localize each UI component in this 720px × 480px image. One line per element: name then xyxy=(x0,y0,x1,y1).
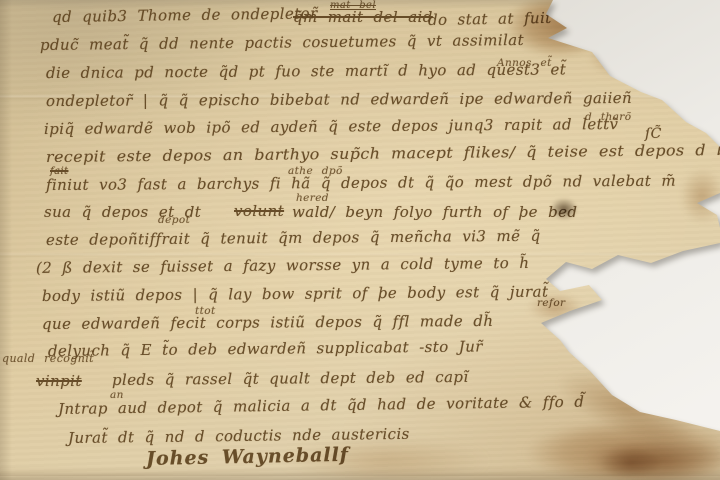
interlinear-note: ſC̃ xyxy=(645,126,662,142)
struck-word: vinpit xyxy=(36,372,82,390)
interlinear-note: d tharõ xyxy=(585,111,631,123)
margin-note: quald recognit̃ xyxy=(2,352,94,365)
manuscript-line: (2 ß dexit se fuisset a fazy worsse yn a… xyxy=(36,254,530,277)
manuscript-line: ipiq̃ edwardẽ wob ipõ ed aydeñ q̃ este d… xyxy=(44,115,619,138)
manuscript-line: finiut vo3 fast a barchys fi hã q̃ depos… xyxy=(46,172,676,194)
manuscript-line: Jurat̃ dt q̃ nd d coductis nde austerici… xyxy=(68,425,410,447)
manuscript-line: wald/ beyn folyo furth of þe bed xyxy=(292,203,577,221)
manuscript-line: recepit este depos an barthyo sup̃ch mac… xyxy=(46,141,720,166)
interlinear-note: athe dpõ xyxy=(288,165,343,177)
interlinear-note: hered xyxy=(296,192,329,204)
manuscript-line: delyuch q̃ E t̃o deb edwardeñ supplicaba… xyxy=(48,337,483,360)
paper-crease xyxy=(0,466,720,476)
manuscript-line: ondepletor̃ | q̃ q̃ epischo bibebat nd e… xyxy=(46,89,632,110)
manuscript-line: pleds q̃ rassel q̃t qualt dept deb ed ca… xyxy=(112,368,469,389)
signature: Johes Wayneballf xyxy=(146,444,349,470)
manuscript-line: do stat at fuit q̃ xyxy=(428,8,572,29)
manuscript-line: body istiũ depos | q̃ lay bow sprit of þ… xyxy=(42,283,548,305)
struck-word: fait xyxy=(50,166,68,177)
stain xyxy=(588,34,652,78)
manuscript-line: qd quib3 Thome de ondepletor̃ xyxy=(52,4,318,26)
manuscript-paper: qd quib3 Thome de ondepletor̃ do stat at… xyxy=(0,0,720,480)
paper-shadow: qd quib3 Thome de ondepletor̃ do stat at… xyxy=(0,0,720,480)
manuscript-line: pduc̃ meat̃ q̃ dd nente pactis cosuetume… xyxy=(40,31,524,54)
manuscript-line: que edwardeñ fecit corps istiũ depos q̃ … xyxy=(42,312,494,333)
manuscript-photo: qd quib3 Thome de ondepletor̃ do stat at… xyxy=(0,0,720,480)
interlinear-note: ttot xyxy=(195,305,216,317)
struck-word: q̃m mait del aid xyxy=(293,8,433,26)
interlinear-note: Annos et̃ xyxy=(497,57,552,69)
manuscript-line: Jntrap aud depot q̃ malicia a dt q̃d had… xyxy=(58,393,585,418)
interlinear-note: refor xyxy=(537,297,565,309)
struck-word: volunt xyxy=(234,202,284,220)
stain xyxy=(680,168,720,224)
manuscript-line: este depoñtiffrait q̃ tenuit q̃m depos q… xyxy=(46,227,541,249)
interlinear-note: depot xyxy=(158,214,190,226)
manuscript-line: die dnica pd nocte q̃d pt fuo ste martĩ … xyxy=(46,60,566,82)
interlinear-note: an xyxy=(110,389,124,401)
